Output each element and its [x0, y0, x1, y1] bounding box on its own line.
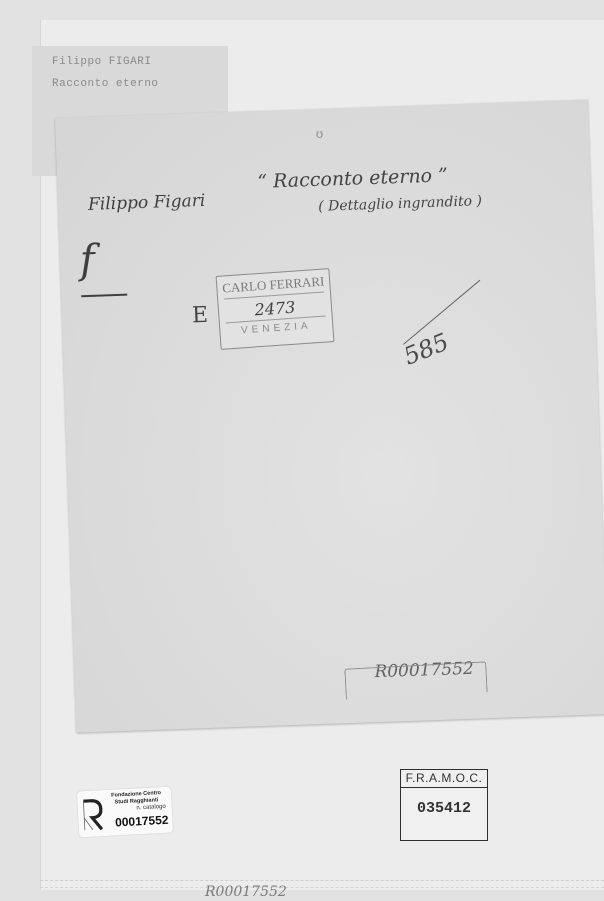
catalog-number: 00017552	[115, 813, 169, 830]
catalog-label: Fondazione Centro Studi Ragghianti n. ca…	[77, 787, 173, 838]
studio-name: CARLO FERRARI	[217, 273, 330, 297]
typed-author: Filippo FIGARI	[52, 56, 151, 68]
pencil-number: 585	[400, 328, 453, 371]
framoc-code: 035412	[401, 800, 487, 817]
bottom-scrawl: R00017552	[205, 884, 287, 900]
photo-back: ʊ Filippo Figari “ Racconto eterno ” ( D…	[55, 99, 604, 732]
framoc-stamp: F.R.A.M.O.C. 035412	[400, 769, 488, 841]
margin-underline	[81, 294, 127, 298]
letter-mark: E	[192, 303, 209, 329]
paperclip-mark: ʊ	[315, 127, 323, 141]
sleeve-edge	[40, 880, 604, 888]
studio-number: 2473	[218, 295, 331, 322]
catalog-caption: n. catalogo	[136, 804, 166, 812]
pencil-slash	[403, 280, 480, 345]
studio-stamp: CARLO FERRARI 2473 VENEZIA	[216, 268, 335, 350]
handwritten-note: ( Dettaglio ingrandito )	[318, 193, 482, 215]
handwritten-author: Filippo Figari	[88, 191, 206, 215]
margin-mark: f	[79, 237, 95, 283]
handwritten-title: “ Racconto eterno ”	[257, 164, 448, 193]
framoc-header: F.R.A.M.O.C.	[401, 770, 487, 788]
ragghianti-logo-icon	[80, 797, 104, 832]
typed-title: Racconto eterno	[52, 78, 159, 90]
